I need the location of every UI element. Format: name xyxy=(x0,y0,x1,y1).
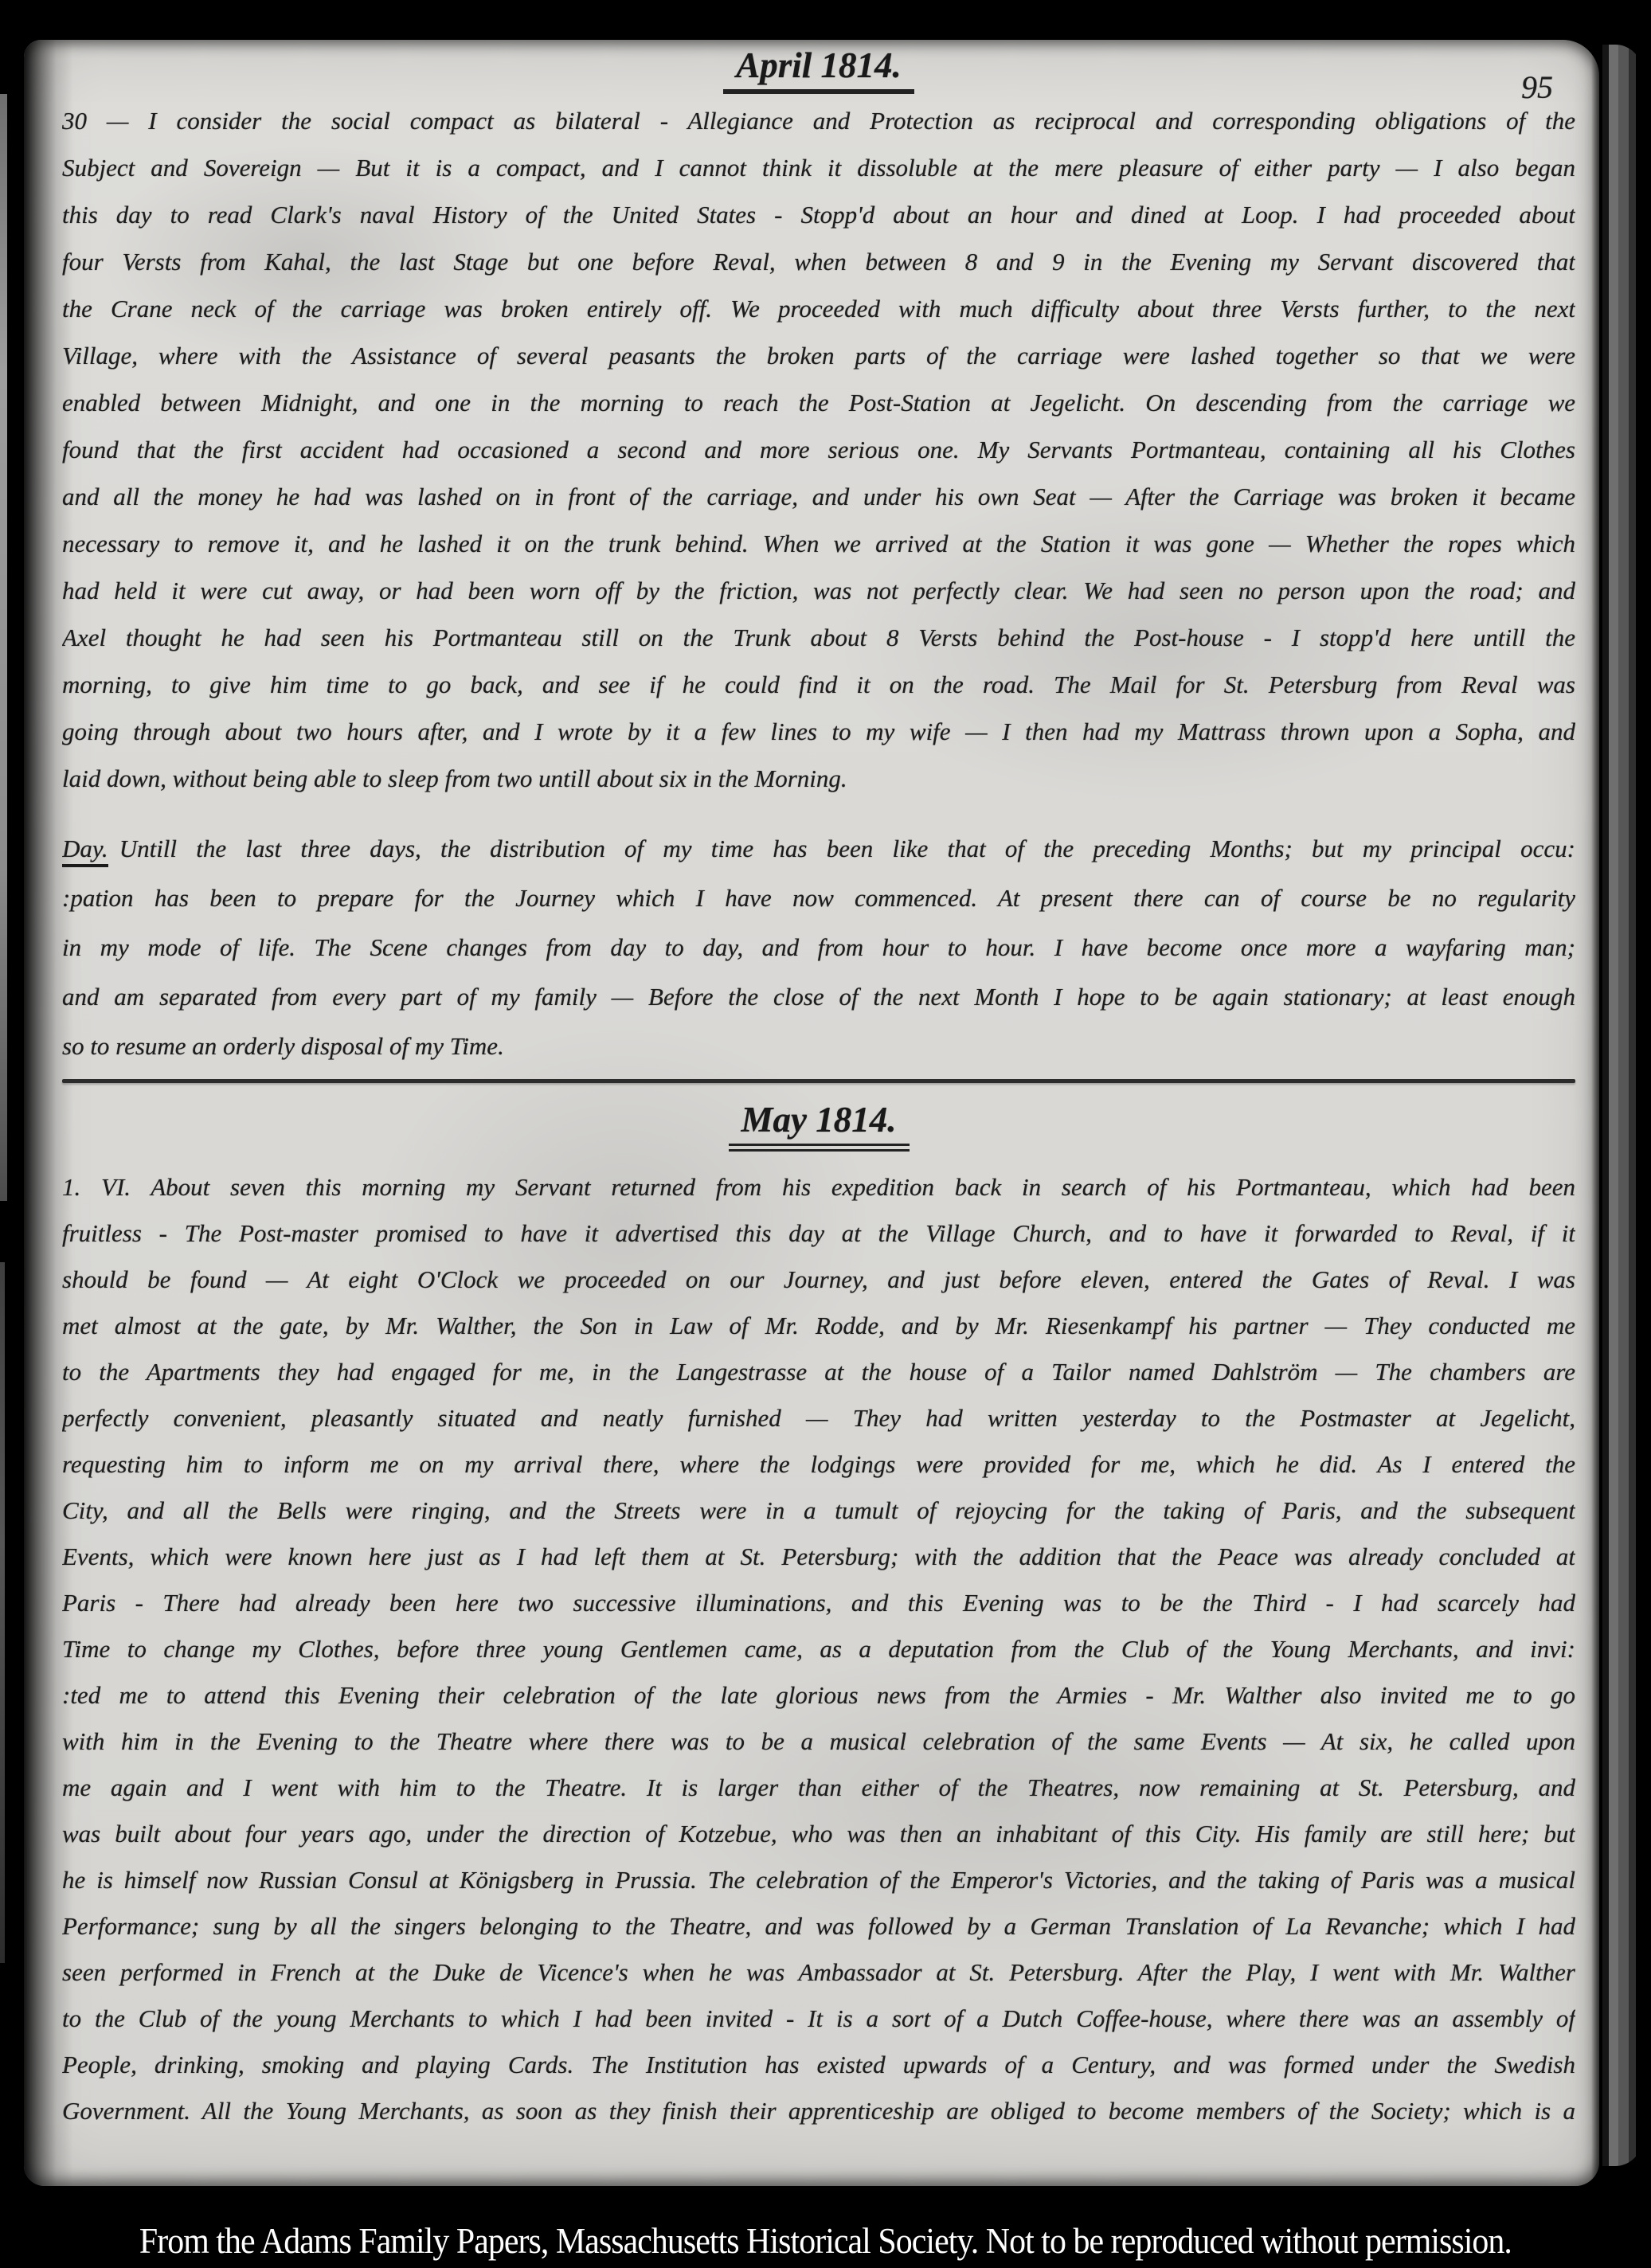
section-divider-rule xyxy=(62,1079,1575,1083)
manuscript-line: laid down, without being able to sleep f… xyxy=(62,755,1575,802)
manuscript-page: 95 April 1814. 30 — I consider the socia… xyxy=(24,40,1599,2186)
manuscript-line: going through about two hours after, and… xyxy=(62,708,1575,755)
manuscript-line: to the Club of the young Merchants to wh… xyxy=(62,1996,1575,2042)
manuscript-line: enabled between Midnight, and one in the… xyxy=(62,379,1575,426)
manuscript-line: and all the money he had was lashed on i… xyxy=(62,473,1575,520)
manuscript-line: requesting him to inform me on my arriva… xyxy=(62,1441,1575,1488)
manuscript-line: perfectly convenient, pleasantly situate… xyxy=(62,1395,1575,1441)
april-heading-text: April 1814. xyxy=(723,45,914,94)
april-heading: April 1814. xyxy=(62,45,1575,94)
manuscript-line: so to resume an orderly disposal of my T… xyxy=(62,1022,1575,1071)
manuscript-line: 30 — I consider the social compact as bi… xyxy=(62,97,1575,144)
manuscript-line: in my mode of life. The Scene changes fr… xyxy=(62,923,1575,972)
facing-page-edge xyxy=(0,94,7,1201)
summary-day-label: Day. xyxy=(62,835,108,867)
may-entry-paragraph: 1. VI. About seven this morning my Serva… xyxy=(62,1164,1575,2134)
manuscript-line: fruitless - The Post-master promised to … xyxy=(62,1210,1575,1257)
footer-credit: From the Adams Family Papers, Massachuse… xyxy=(0,2220,1651,2262)
manuscript-line: Subject and Sovereign — But it is a comp… xyxy=(62,144,1575,191)
page-edge-strip-right xyxy=(1602,45,1642,2166)
manuscript-line: had held it were cut away, or had been w… xyxy=(62,567,1575,614)
manuscript-line: he is himself now Russian Consul at Köni… xyxy=(62,1857,1575,1903)
manuscript-line: Village, where with the Assistance of se… xyxy=(62,332,1575,379)
footer-credit-text: From the Adams Family Papers, Massachuse… xyxy=(139,2220,1512,2262)
manuscript-line: morning, to give him time to go back, an… xyxy=(62,661,1575,708)
may-entry-lines: 1. VI. About seven this morning my Serva… xyxy=(62,1164,1575,2134)
manuscript-line: should be found — At eight O'Clock we pr… xyxy=(62,1257,1575,1303)
may-heading: May 1814. xyxy=(62,1099,1575,1152)
manuscript-line: :ted me to attend this Evening their cel… xyxy=(62,1672,1575,1719)
manuscript-line: me again and I went with him to the Thea… xyxy=(62,1765,1575,1811)
april-summary-lines: :pation has been to prepare for the Jour… xyxy=(62,874,1575,1071)
manuscript-line: to the Apartments they had engaged for m… xyxy=(62,1349,1575,1395)
manuscript-content: April 1814. 30 — I consider the social c… xyxy=(62,40,1575,2186)
manuscript-line: :pation has been to prepare for the Jour… xyxy=(62,874,1575,923)
manuscript-line: Events, which were known here just as I … xyxy=(62,1534,1575,1580)
manuscript-line: Government. All the Young Merchants, as … xyxy=(62,2088,1575,2134)
april-entry-lines: 30 — I consider the social compact as bi… xyxy=(62,97,1575,802)
facing-page-edge-lower xyxy=(0,1262,5,1963)
manuscript-line: 1. VI. About seven this morning my Serva… xyxy=(62,1164,1575,1210)
scanned-book-background: 95 April 1814. 30 — I consider the socia… xyxy=(0,0,1651,2268)
manuscript-line: seen performed in French at the Duke de … xyxy=(62,1949,1575,1996)
manuscript-line: was built about four years ago, under th… xyxy=(62,1811,1575,1857)
manuscript-line: Axel thought he had seen his Portmanteau… xyxy=(62,614,1575,661)
manuscript-line: City, and all the Bells were ringing, an… xyxy=(62,1488,1575,1534)
manuscript-line: Performance; sung by all the singers bel… xyxy=(62,1903,1575,1949)
manuscript-line: and am separated from every part of my f… xyxy=(62,972,1575,1022)
manuscript-line: the Crane neck of the carriage was broke… xyxy=(62,285,1575,332)
may-heading-text: May 1814. xyxy=(729,1099,910,1152)
manuscript-line: Day.Untill the last three days, the dist… xyxy=(62,824,1575,874)
april-entry-paragraph: 30 — I consider the social compact as bi… xyxy=(62,97,1575,802)
manuscript-line: Paris - There had already been here two … xyxy=(62,1580,1575,1626)
manuscript-line: met almost at the gate, by Mr. Walther, … xyxy=(62,1303,1575,1349)
manuscript-line: necessary to remove it, and he lashed it… xyxy=(62,520,1575,567)
manuscript-line: Time to change my Clothes, before three … xyxy=(62,1626,1575,1672)
manuscript-line: found that the first accident had occasi… xyxy=(62,426,1575,473)
manuscript-line: this day to read Clark's naval History o… xyxy=(62,191,1575,238)
manuscript-line: four Versts from Kahal, the last Stage b… xyxy=(62,238,1575,285)
summary-first-line: Untill the last three days, the distribu… xyxy=(119,835,1575,862)
manuscript-line: People, drinking, smoking and playing Ca… xyxy=(62,2042,1575,2088)
april-month-summary: Day.Untill the last three days, the dist… xyxy=(62,824,1575,1071)
manuscript-line: with him in the Evening to the Theatre w… xyxy=(62,1719,1575,1765)
